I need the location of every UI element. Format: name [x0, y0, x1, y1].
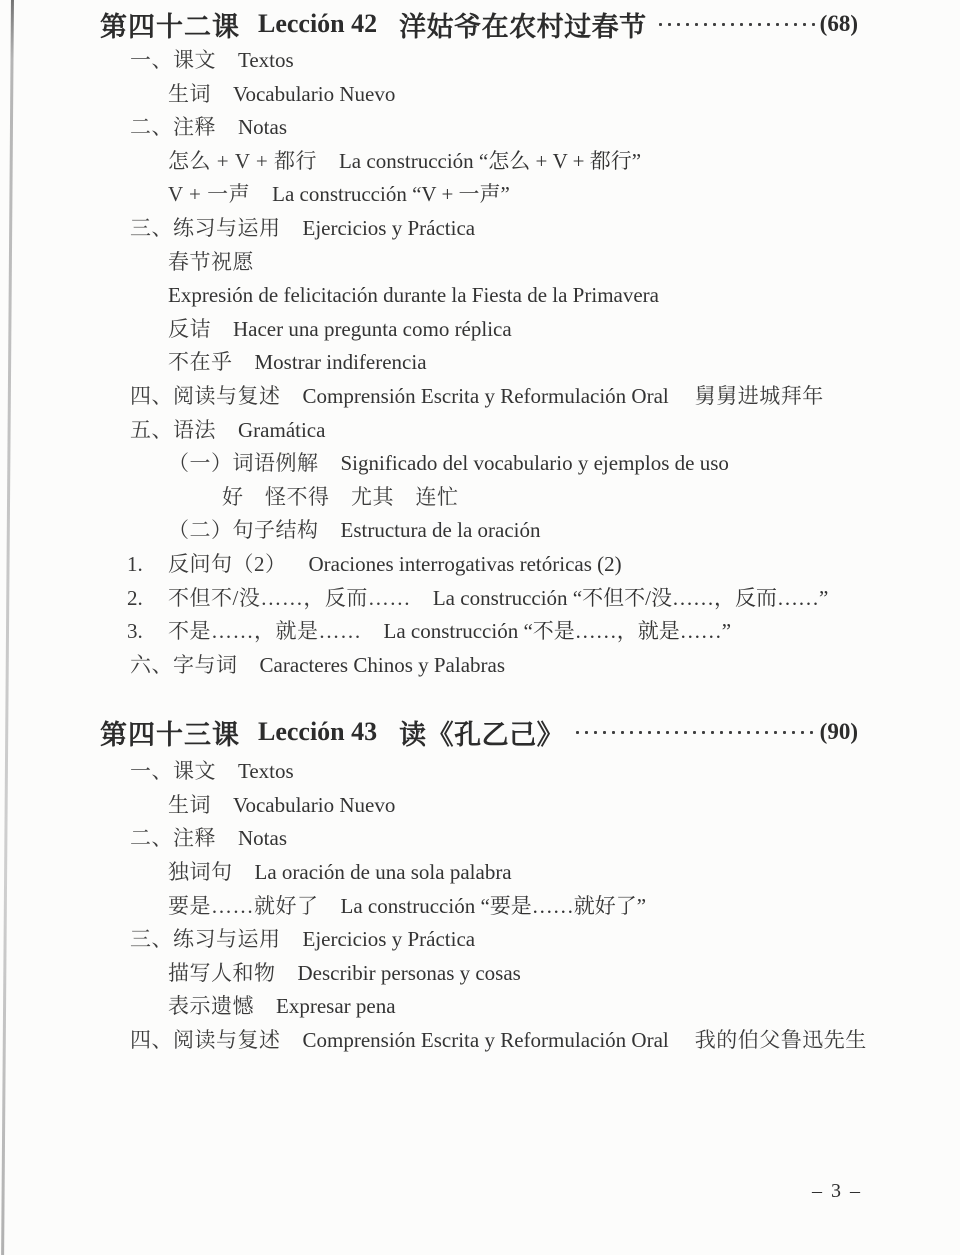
toc-row: 怎么 + V + 都行La construcción “怎么 + V + 都行” [100, 145, 858, 179]
toc-row: 五、语法Gramática [100, 414, 858, 448]
toc-row: （一）词语例解Significado del vocabulario y eje… [100, 447, 858, 481]
toc-row: 二、注释Notas [100, 111, 858, 145]
toc-row: 生词Vocabulario Nuevo [100, 789, 858, 823]
item-spanish: Hacer una pregunta como réplica [233, 317, 512, 341]
item-chinese: 要是……就好了 [168, 894, 319, 918]
item-spanish: Ejercicios y Práctica [303, 927, 476, 951]
item-chinese: 一、课文 [130, 759, 216, 783]
lesson-43-items: 一、课文Textos生词Vocabulario Nuevo二、注释Notas独词… [100, 755, 858, 1057]
item-spanish: Vocabulario Nuevo [233, 82, 395, 106]
page-ref: (90) [820, 719, 858, 745]
item-spanish: La construcción “V + 一声” [272, 182, 510, 206]
item-chinese: 四、阅读与复述 [130, 384, 281, 408]
toc-row: V + 一声La construcción “V + 一声” [100, 178, 858, 212]
item-chinese: （二）句子结构 [168, 518, 319, 542]
item-chinese-suffix: 舅舅进城拜年 [695, 384, 824, 408]
item-spanish: La construcción “要是……就好了” [341, 894, 647, 918]
item-spanish: La construcción “不但不/没……，反而……” [433, 586, 828, 610]
item-chinese: 二、注释 [130, 826, 216, 850]
toc-row: Expresión de felicitación durante la Fie… [100, 279, 858, 313]
item-spanish: Comprensión Escrita y Reformulación Oral [303, 384, 669, 408]
item-spanish: Significado del vocabulario y ejemplos d… [341, 451, 729, 475]
item-spanish: Expresar pena [276, 994, 396, 1018]
dot-leader [573, 714, 815, 750]
item-chinese: 六、字与词 [130, 653, 238, 677]
toc-row: （二）句子结构Estructura de la oración [100, 514, 858, 548]
toc-row: 表示遗憾Expresar pena [100, 990, 858, 1024]
item-chinese: 描写人和物 [168, 961, 276, 985]
item-chinese: 三、练习与运用 [130, 216, 281, 240]
item-spanish: La construcción “怎么 + V + 都行” [339, 149, 641, 173]
toc-row: 六、字与词Caracteres Chinos y Palabras [100, 649, 858, 683]
lesson-number-zh: 第四十二课 [100, 5, 240, 44]
item-chinese: V + 一声 [168, 182, 250, 206]
item-spanish: Oraciones interrogativas retóricas (2) [309, 552, 622, 576]
toc-row: 四、阅读与复述Comprensión Escrita y Reformulaci… [100, 380, 858, 414]
toc-row: 不在乎Mostrar indiferencia [100, 346, 858, 380]
toc-row: 独词句La oración de una sola palabra [100, 856, 858, 890]
lesson-42-items: 一、课文Textos生词Vocabulario Nuevo二、注释Notas怎么… [100, 44, 858, 682]
dot-leader [656, 6, 815, 42]
toc-row: 3.不是……，就是……La construcción “不是……，就是……” [100, 615, 858, 649]
item-spanish: Describir personas y cosas [298, 961, 521, 985]
item-chinese: 生词 [168, 793, 211, 817]
item-chinese: 好 怪不得 尤其 连忙 [222, 485, 459, 509]
item-number: 2. [127, 582, 168, 616]
page-ref: (68) [820, 11, 858, 37]
toc-row: 描写人和物Describir personas y cosas [100, 957, 858, 991]
item-chinese: 独词句 [168, 860, 233, 884]
toc-row: 二、注释Notas [100, 822, 858, 856]
item-chinese: 三、练习与运用 [130, 927, 281, 951]
lesson-title-zh: 洋姑爷在农村过春节 [399, 5, 647, 44]
item-spanish: Estructura de la oración [341, 518, 541, 542]
toc-row: 春节祝愿 [100, 246, 858, 280]
item-chinese: 反问句（2） [168, 552, 287, 576]
lesson-42-section: 第四十二课 Lección 42 洋姑爷在农村过春节 (68) 一、课文Text… [100, 6, 858, 682]
item-chinese: 二、注释 [130, 115, 216, 139]
item-chinese: 表示遗憾 [168, 994, 254, 1018]
toc-row: 一、课文Textos [100, 44, 858, 78]
item-spanish: Caracteres Chinos y Palabras [260, 653, 506, 677]
item-spanish: Mostrar indiferencia [255, 350, 427, 374]
lesson-title-zh: 读《孔乙己》 [399, 713, 564, 752]
item-chinese: 反诘 [168, 317, 211, 341]
toc-row: 好 怪不得 尤其 连忙 [100, 481, 858, 515]
item-chinese: 不但不/没……，反而…… [168, 586, 411, 610]
toc-row: 2.不但不/没……，反而……La construcción “不但不/没……，反… [100, 582, 858, 616]
item-chinese: 五、语法 [130, 418, 216, 442]
item-spanish: Notas [238, 115, 287, 139]
toc-row: 四、阅读与复述Comprensión Escrita y Reformulaci… [100, 1024, 858, 1058]
item-spanish: Comprensión Escrita y Reformulación Oral [303, 1028, 669, 1052]
lesson-43-heading: 第四十三课 Lección 43 读《孔乙己》 (90) [100, 714, 858, 750]
item-chinese: 四、阅读与复述 [130, 1028, 281, 1052]
item-number: 3. [127, 615, 168, 649]
lesson-number-zh: 第四十三课 [100, 713, 240, 752]
toc-row: 三、练习与运用Ejercicios y Práctica [100, 212, 858, 246]
lesson-label: Lección 43 [258, 717, 377, 747]
item-spanish: La oración de una sola palabra [255, 860, 512, 884]
item-number: 1. [127, 548, 168, 582]
lesson-label: Lección 42 [258, 9, 377, 39]
item-spanish: Textos [238, 759, 294, 783]
toc-row: 三、练习与运用Ejercicios y Práctica [100, 923, 858, 957]
item-chinese-suffix: 我的伯父鲁迅先生 [695, 1028, 867, 1052]
toc-content: 第四十二课 Lección 42 洋姑爷在农村过春节 (68) 一、课文Text… [100, 6, 858, 1058]
item-spanish: Gramática [238, 418, 325, 442]
item-chinese: 不是……，就是…… [168, 619, 362, 643]
item-spanish: La construcción “不是……，就是……” [384, 619, 732, 643]
item-chinese: 生词 [168, 82, 211, 106]
toc-row: 1.反问句（2）Oraciones interrogativas retóric… [100, 548, 858, 582]
lesson-43-section: 第四十三课 Lección 43 读《孔乙己》 (90) 一、课文Textos生… [100, 714, 858, 1057]
item-spanish: Ejercicios y Práctica [303, 216, 476, 240]
toc-row: 一、课文Textos [100, 755, 858, 789]
item-spanish: Notas [238, 826, 287, 850]
item-spanish: Textos [238, 48, 294, 72]
item-spanish: Expresión de felicitación durante la Fie… [168, 283, 659, 307]
item-chinese: 春节祝愿 [168, 250, 254, 274]
toc-row: 反诘Hacer una pregunta como réplica [100, 313, 858, 347]
item-spanish: Vocabulario Nuevo [233, 793, 395, 817]
lesson-42-heading: 第四十二课 Lección 42 洋姑爷在农村过春节 (68) [100, 6, 858, 42]
scanned-toc-page: 第四十二课 Lección 42 洋姑爷在农村过春节 (68) 一、课文Text… [0, 0, 960, 1255]
page-edge-scan-line [1, 0, 13, 1255]
item-chinese: （一）词语例解 [168, 451, 319, 475]
toc-row: 要是……就好了La construcción “要是……就好了” [100, 890, 858, 924]
item-chinese: 一、课文 [130, 48, 216, 72]
footer-page-number: – 3 – [812, 1180, 862, 1203]
item-chinese: 不在乎 [168, 350, 233, 374]
toc-row: 生词Vocabulario Nuevo [100, 78, 858, 112]
item-chinese: 怎么 + V + 都行 [168, 149, 317, 173]
